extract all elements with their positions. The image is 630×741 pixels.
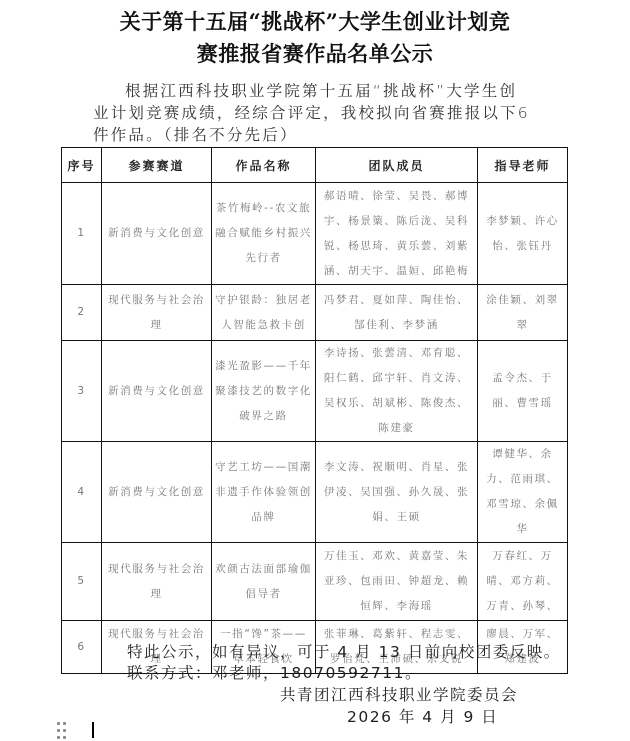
row-track: 现代服务与社会治理 [102,285,212,341]
row-project: 茶竹梅岭--农文旅融合赋能乡村振兴先行者 [212,183,316,285]
row-project: 欢颜古法面部瑜伽倡导者 [212,543,316,621]
row-project: 漆光盈影——千年聚漆技艺的数字化破界之路 [212,341,316,442]
row-project: 守艺工坊——国潮非遗手作体验领创品牌 [212,442,316,543]
row-number: 2 [62,285,102,341]
table-row: 3 新消费与文化创意 漆光盈影——千年聚漆技艺的数字化破界之路 李诗扬、张蕓清、… [62,341,568,442]
row-advisors: 涂佳颖、刘翠翠 [478,285,568,341]
row-track: 现代服务与社会治理 [102,543,212,621]
table-row: 2 现代服务与社会治理 守护银龄：独居老人智能急救卡创 冯梦君、夏如萍、陶佳怡、… [62,285,568,341]
row-number: 3 [62,341,102,442]
table-row: 5 现代服务与社会治理 欢颜古法面部瑜伽倡导者 万佳玉、邓欢、黄嘉莹、朱亚珍、包… [62,543,568,621]
row-members: 郝语晴、徐莹、吴畏、郝博宇、杨景篥、陈后泷、吴科锐、杨思琦、黄乐蕓、刘紫涵、胡天… [316,183,478,285]
row-number: 4 [62,442,102,543]
row-number: 1 [62,183,102,285]
page-title-line-1: 关于第十五届“挑战杯”大学生创业计划竞 [0,6,630,36]
text-cursor [92,722,94,738]
drag-handle-icon[interactable] [57,722,67,740]
row-members: 万佳玉、邓欢、黄嘉莹、朱亚珍、包雨田、钟超龙、赖恒辉、李海瑶 [316,543,478,621]
row-number: 5 [62,543,102,621]
row-advisors: 李梦颖、许心怡、张钰丹 [478,183,568,285]
nominee-table: 序号 参赛赛道 作品名称 团队成员 指导老师 1 新消费与文化创意 茶竹梅岭--… [61,147,568,674]
header-project: 作品名称 [212,148,316,183]
issue-date: 2026 年 4 月 9 日 [347,705,498,727]
row-members: 李文涛、祝顺明、肖星、张伊凌、吴国强、孙久晟、张娟、王硕 [316,442,478,543]
row-track: 新消费与文化创意 [102,341,212,442]
notice-text: 特此公示，如有异议，可于 4 月 13 日前向校团委反映。 [127,640,561,662]
issuer-name: 共青团江西科技职业学院委员会 [280,683,518,705]
table-row: 1 新消费与文化创意 茶竹梅岭--农文旅融合赋能乡村振兴先行者 郝语晴、徐莹、吴… [62,183,568,285]
row-project: 守护银龄：独居老人智能急救卡创 [212,285,316,341]
row-advisors: 谭健华、余力、范雨琪、邓雪琼、余佩华 [478,442,568,543]
page-title-line-2: 赛推报省赛作品名单公示 [0,38,630,68]
row-advisors: 万春红、万晴、邓方莉、万青、孙琴、 [478,543,568,621]
row-advisors: 孟令杰、于丽、曹雪瑶 [478,341,568,442]
header-track: 参赛赛道 [102,148,212,183]
row-members: 李诗扬、张蕓清、邓育聪、阳仁鹤、邱宇轩、肖文涛、吴权乐、胡斌彬、陈俊杰、陈建豪 [316,341,478,442]
intro-paragraph: 根据江西科技职业学院第十五届“挑战杯”大学生创业计划竞赛成绩，经综合评定，我校拟… [93,80,533,146]
table-header-row: 序号 参赛赛道 作品名称 团队成员 指导老师 [62,148,568,183]
header-members: 团队成员 [316,148,478,183]
row-number: 6 [62,621,102,674]
row-track: 新消费与文化创意 [102,442,212,543]
row-track: 新消费与文化创意 [102,183,212,285]
row-members: 冯梦君、夏如萍、陶佳怡、郜佳利、李梦涵 [316,285,478,341]
header-advisors: 指导老师 [478,148,568,183]
header-number: 序号 [62,148,102,183]
contact-text: 联系方式：邓老师，18070592711。 [127,661,422,683]
table-row: 4 新消费与文化创意 守艺工坊——国潮非遗手作体验领创品牌 李文涛、祝顺明、肖星… [62,442,568,543]
intro-text: 根据江西科技职业学院第十五届“挑战杯”大学生创业计划竞赛成绩，经综合评定，我校拟… [93,82,530,144]
